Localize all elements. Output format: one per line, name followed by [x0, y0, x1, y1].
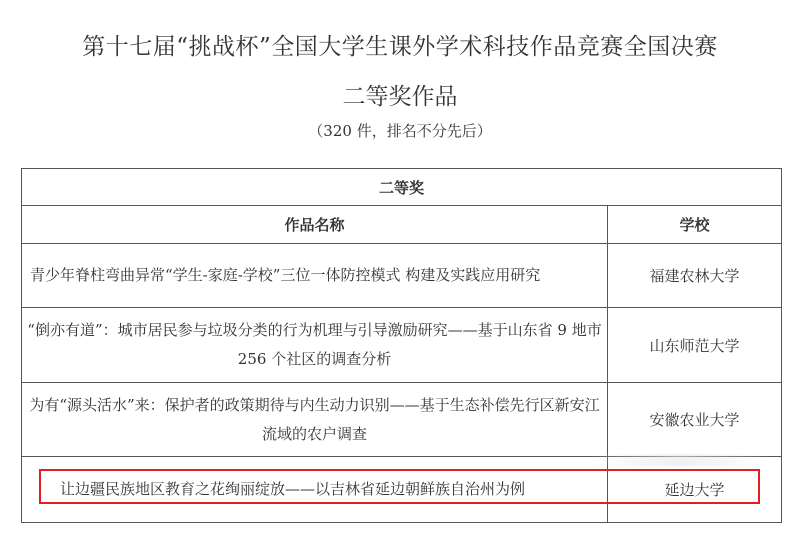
- document-title: 第十七届“挑战杯”全国大学生课外学术科技作品竞赛全国决赛: [0, 28, 800, 61]
- award-header-row: 二等奖: [22, 169, 782, 206]
- school-name: 福建农林大学: [608, 244, 782, 308]
- table-row-highlighted: 让边疆民族地区教育之花绚丽绽放——以吉林省延边朝鲜族自治州为例 延边大学: [22, 457, 782, 523]
- table-row: 青少年脊柱弯曲异常“学生-家庭-学校”三位一体防控模式 构建及实践应用研究 福建…: [22, 244, 782, 308]
- school-name: 安徽农业大学: [608, 383, 782, 457]
- award-label: 二等奖: [22, 169, 782, 206]
- work-title: 为有“源头活水”来：保护者的政策期待与内生动力识别——基于生态补偿先行区新安江流…: [22, 383, 608, 457]
- column-header-row: 作品名称 学校: [22, 206, 782, 244]
- document-subtitle: 二等奖作品: [0, 78, 800, 111]
- school-name: 山东师范大学: [608, 308, 782, 383]
- award-table: 二等奖 作品名称 学校 青少年脊柱弯曲异常“学生-家庭-学校”三位一体防控模式 …: [21, 168, 782, 523]
- table-row: “倒亦有道”：城市居民参与垃圾分类的行为机理与引导激励研究——基于山东省 9 地…: [22, 308, 782, 383]
- work-title: 青少年脊柱弯曲异常“学生-家庭-学校”三位一体防控模式 构建及实践应用研究: [22, 244, 608, 308]
- column-header-title: 作品名称: [22, 206, 608, 244]
- document-note: （320 件，排名不分先后）: [0, 120, 800, 141]
- table-row: 为有“源头活水”来：保护者的政策期待与内生动力识别——基于生态补偿先行区新安江流…: [22, 383, 782, 457]
- work-title: 让边疆民族地区教育之花绚丽绽放——以吉林省延边朝鲜族自治州为例: [22, 457, 608, 523]
- work-title: “倒亦有道”：城市居民参与垃圾分类的行为机理与引导激励研究——基于山东省 9 地…: [22, 308, 608, 383]
- school-name: 延边大学: [608, 457, 782, 523]
- watermark: [590, 454, 770, 466]
- column-header-school: 学校: [608, 206, 782, 244]
